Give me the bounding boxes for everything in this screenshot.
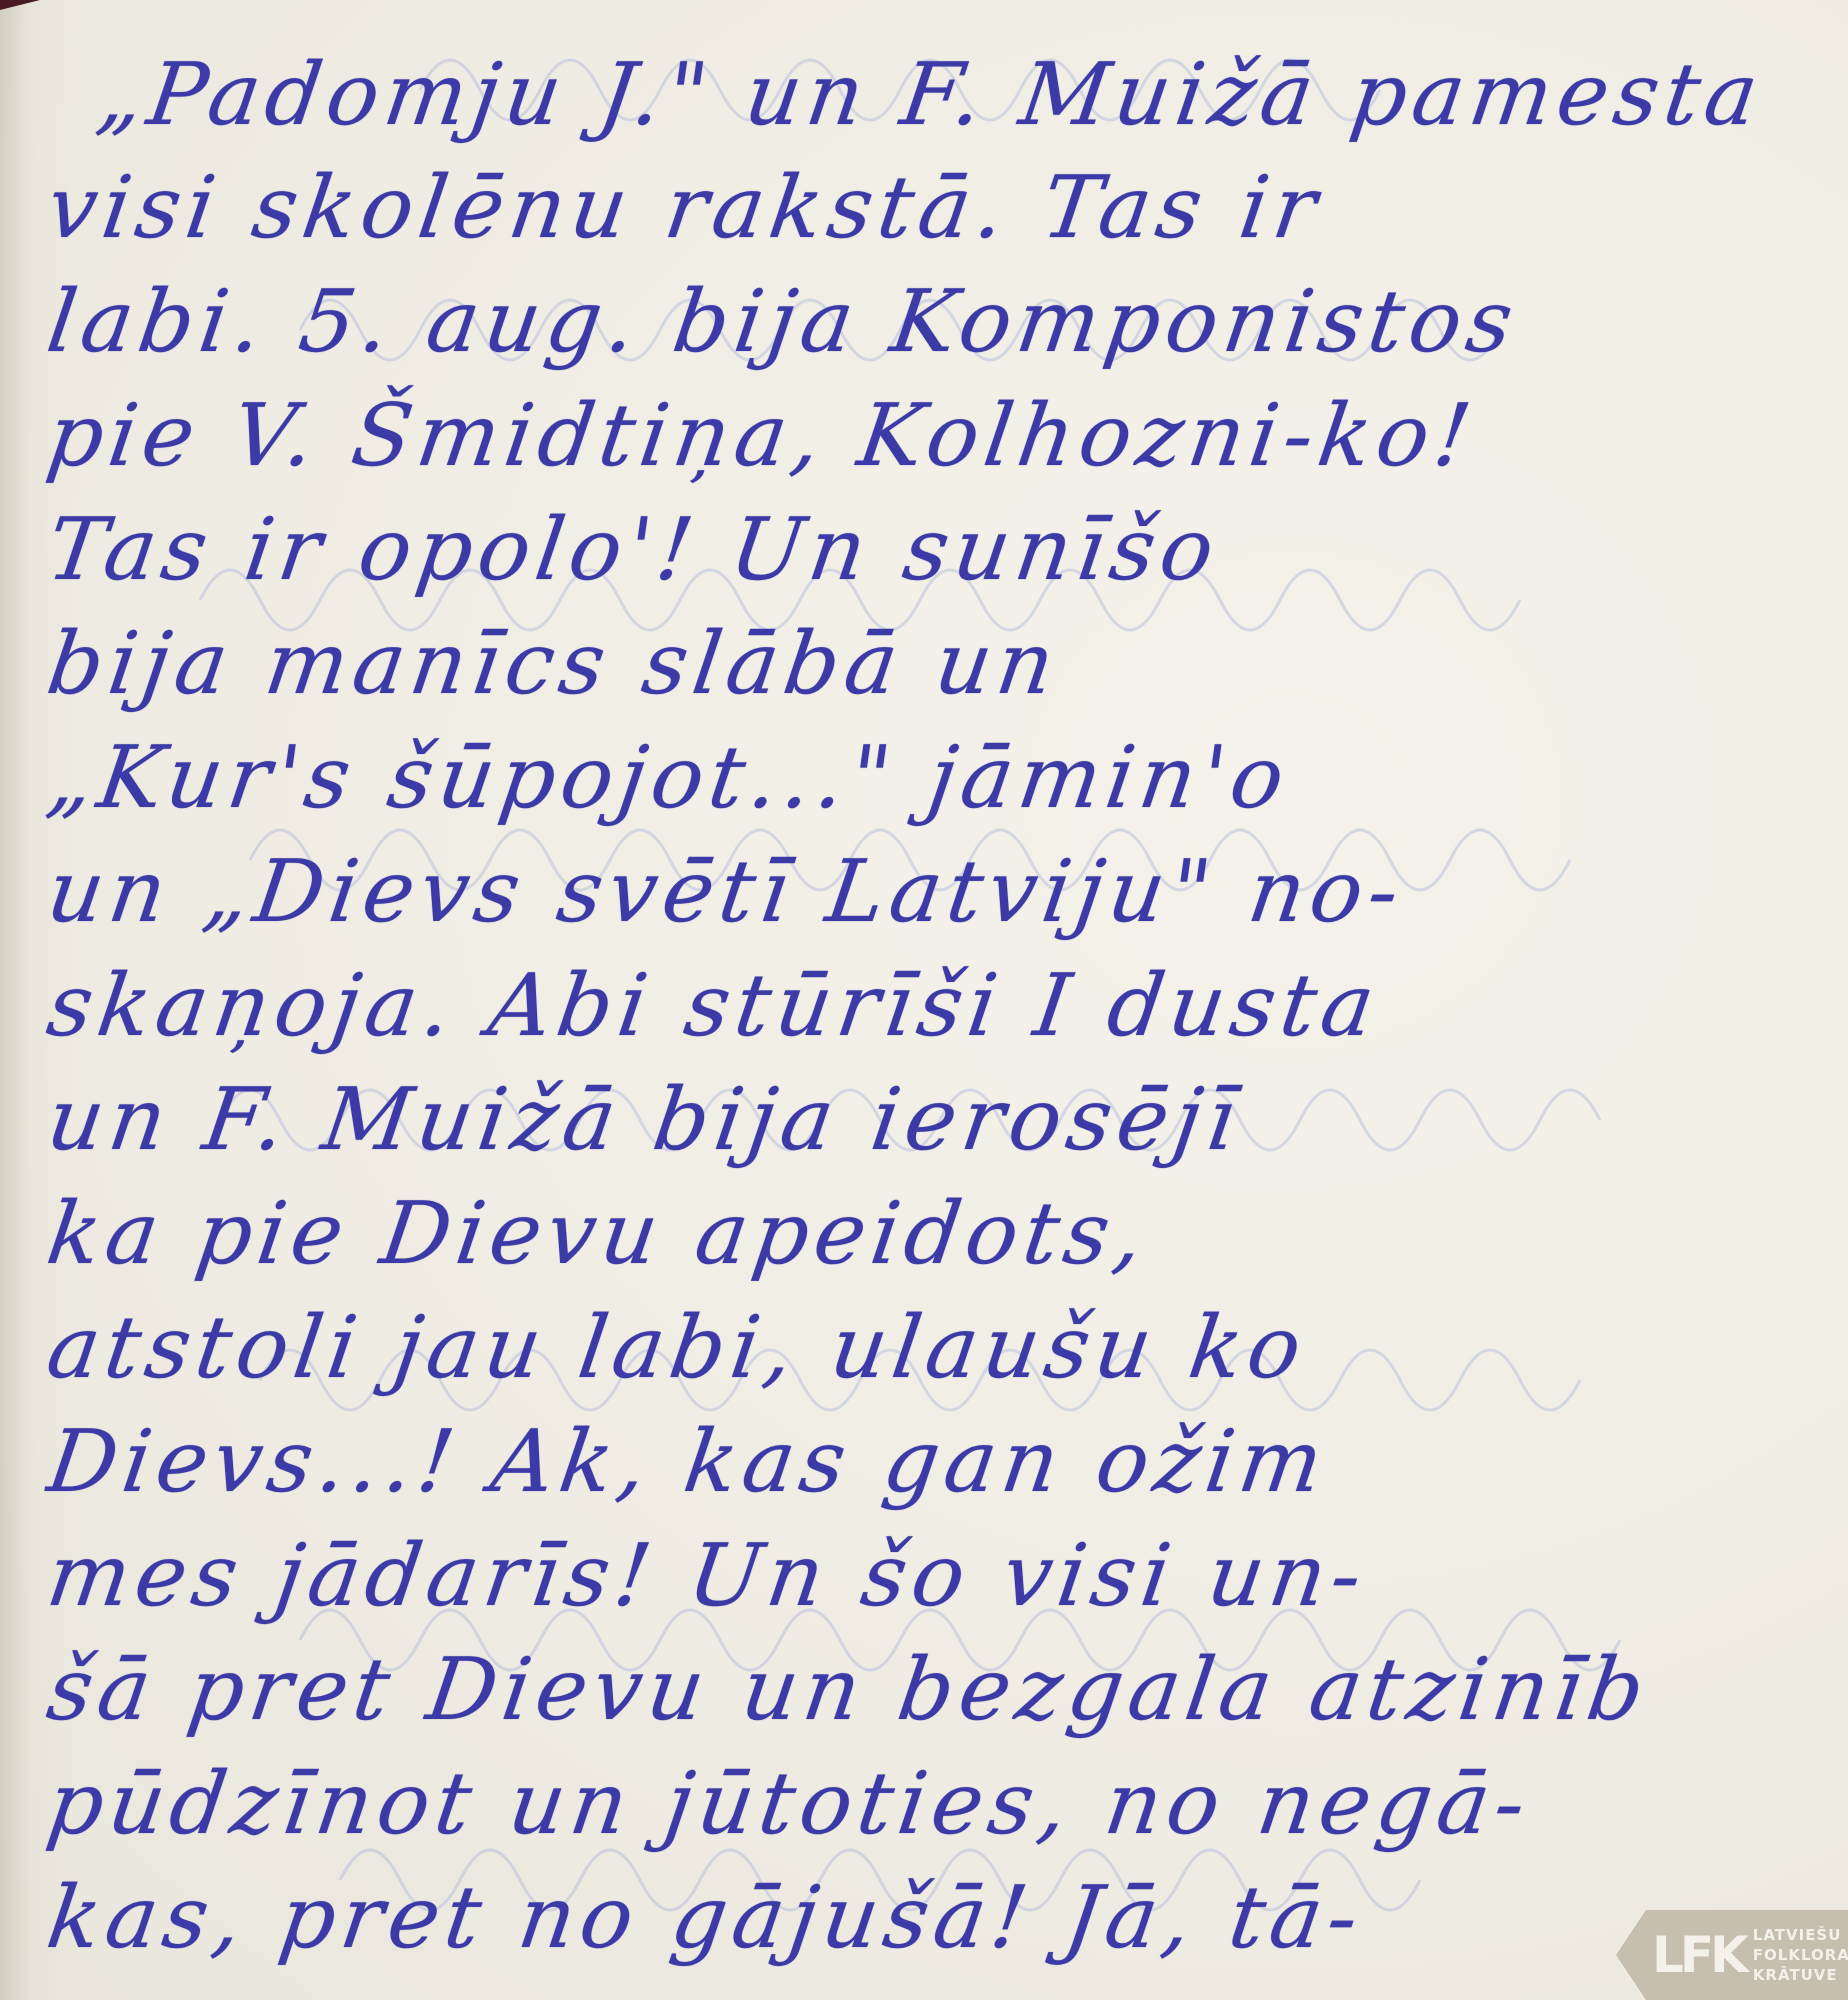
archive-watermark-logo: LFK LATVIEŠU FOLKLORAS KRĀTUVE — [1616, 1910, 1848, 2000]
handwritten-line-6: bija manīcs slābā un — [40, 604, 1847, 724]
manuscript-page: „Padomju J." un F. Muižā pamesta visi sk… — [0, 0, 1848, 2000]
watermark-line-3: KRĀTUVE — [1753, 1965, 1848, 1985]
handwritten-line-16: pūdzīnot un jūtoties, no negā- — [40, 1744, 1847, 1864]
handwritten-line-13: Dievs...! Ak, kas gan ožim — [40, 1402, 1847, 1522]
watermark-line-2: FOLKLORAS — [1753, 1945, 1848, 1965]
handwritten-line-9: skaņoja. Abi stūrīši I dusta — [40, 946, 1847, 1066]
handwritten-line-1: „Padomju J." un F. Muižā pamesta — [90, 35, 1848, 155]
handwritten-line-8: un „Dievs svētī Latviju" no- — [40, 832, 1847, 952]
watermark-monogram: LFK — [1652, 1926, 1745, 1984]
handwritten-line-2: visi skolēnu rakstā. Tas ir — [40, 148, 1847, 268]
handwritten-line-10: un F. Muižā bija ierosējī — [40, 1060, 1847, 1180]
handwritten-line-17: kas, pret no gājušā! Jā, tā- — [40, 1858, 1847, 1978]
handwritten-line-3: labi. 5. aug. bija Komponistos — [40, 262, 1847, 382]
handwritten-line-4: pie V. Šmidtiņa, Kolhozni-ko! — [40, 376, 1847, 496]
handwritten-line-11: ka pie Dievu apeidots, — [40, 1174, 1847, 1294]
handwritten-line-5: Tas ir opolo'! Un sunīšo — [40, 490, 1847, 610]
handwritten-line-14: mes jādarīs! Un šo visi un- — [40, 1516, 1847, 1636]
handwritten-line-15: šā pret Dievu un bezgala atzinīb — [40, 1630, 1847, 1750]
handwritten-line-12: atstoli jau labi, ulaušu ko — [40, 1288, 1847, 1408]
watermark-chevron-icon — [1616, 1910, 1646, 2000]
watermark-line-1: LATVIEŠU — [1753, 1925, 1848, 1945]
handwritten-text: „Padomju J." un F. Muižā pamesta visi sk… — [0, 0, 1848, 2000]
handwritten-line-7: „Kur's šūpojot..." jāmin'o — [40, 718, 1847, 838]
